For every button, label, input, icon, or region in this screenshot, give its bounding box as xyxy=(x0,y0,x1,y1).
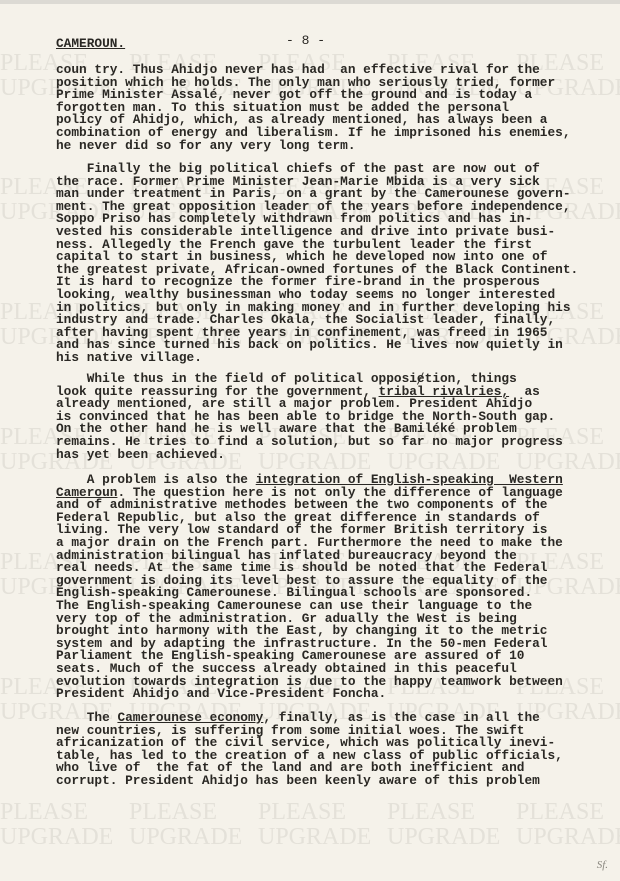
paragraph-5: The Camerounese economy, finally, as is … xyxy=(56,712,563,788)
scan-edge xyxy=(0,0,620,4)
document-header: CAMEROUN. xyxy=(56,36,125,51)
document-page: PLEASEPLEASEPLEASEPLEASEPLEASE UPGRADEUP… xyxy=(0,0,620,881)
paragraph-4: A problem is also the integration of Eng… xyxy=(56,474,563,701)
document-title: CAMEROUN. xyxy=(56,36,125,51)
paragraph-1: coun try. Thus Ahidjo never has had an e… xyxy=(56,64,571,152)
watermark-row: PLEASEPLEASEPLEASEPLEASEPLEASE xyxy=(0,799,620,826)
watermark-row: UPGRADEUPGRADEUPGRADEUPGRADEUPGRADE xyxy=(0,824,620,851)
handwritten-initials: Sf. xyxy=(597,859,608,871)
page-number: - 8 - xyxy=(286,33,325,48)
paragraph-3: While thus in the field of political opp… xyxy=(56,373,563,461)
paragraph-2: Finally the big political chiefs of the … xyxy=(56,163,578,365)
